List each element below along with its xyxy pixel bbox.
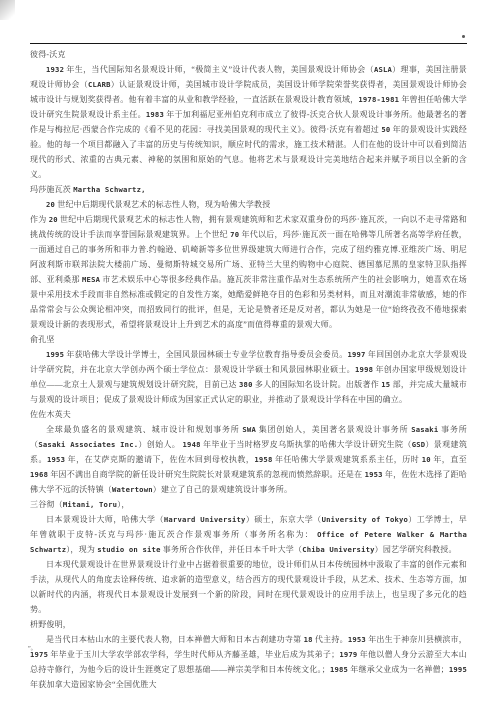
text-run: ）创始人。 [138, 440, 182, 449]
text-run: 年毕业于当时格罗皮乌斯执掌的哈佛大学设计研究生院（ [201, 440, 412, 449]
emphasized-text-run: 1968 [30, 470, 48, 479]
emphasized-text-run: CLARB [88, 80, 111, 89]
text-run: 日本景观设计大师，哈佛大学（ [46, 515, 164, 524]
paragraph: 全球最负盛名的景观建筑、城市设计和规划事务所 SWA 集团创始人，美国著名景观设… [30, 422, 467, 497]
emphasized-text-run: ASLA [374, 65, 392, 74]
text-run: 多人的国际知名设计院。出版著作 [253, 380, 382, 389]
section-heading: 玛莎施瓦茨 Martha Schwartz, [30, 182, 467, 197]
emphasized-text-run: 18 [304, 635, 313, 644]
section-heading: 彼得-沃克 [30, 47, 467, 62]
text-run: 年生，当代国际知名景观设计师，“极简主义”设计代表人物，美国景观设计师协会（ [64, 65, 374, 74]
emphasized-text-run: 1958 [254, 455, 272, 464]
emphasized-text-run: 1985 [330, 665, 348, 674]
text-run: 年继承父业成为一名禅僧； [348, 665, 449, 674]
section-heading: 枡野俊明， [30, 617, 467, 632]
text-run: 年获哈佛大学设计学博士，全国风景园林硕士专业学位教育指导委员会委员。 [64, 350, 347, 359]
text-run: 年出生于神奈川县横滨市， [366, 635, 467, 644]
text-run: 事务所合作伙伴，并任日本千叶大学（ [161, 545, 303, 554]
text-run: 年，在艾萨克斯的邀请下，佐佐木回到母校执教， [65, 455, 254, 464]
emphasized-text-run: 1997 [347, 350, 365, 359]
text-run: 佐佐木英夫 [30, 410, 71, 419]
paragraph: 日本现代景观设计在世界景观设计行业中占据着很重要的地位，设计师们从日本传统园林中… [30, 557, 467, 617]
emphasized-text-run: Watertown [112, 485, 153, 494]
text-run: 三谷彻（ [30, 500, 63, 509]
emphasized-text-run: 70 [230, 230, 239, 239]
emphasized-text-run: 1998 [355, 365, 373, 374]
emphasized-text-run: 1953 [348, 635, 366, 644]
text-run: ），现为 [66, 545, 97, 554]
text-run: 玛莎施瓦茨 [30, 185, 73, 194]
emphasized-text-run: 1995 [46, 350, 64, 359]
text-run: 枡野俊明， [30, 620, 71, 629]
text-run: 全球最负盛名的景观建筑、城市设计和规划事务所 [46, 425, 242, 434]
text-run: 世纪中后期现代景观艺术的标志性人物，现为哈佛大学教授 [55, 200, 270, 209]
emphasized-text-run: 1983 [146, 110, 164, 119]
emphasized-text-run: Chiba University [302, 545, 374, 554]
text-run: ）， [117, 500, 129, 509]
emphasized-text-run: 1978-1981 [358, 95, 399, 104]
text-run: 日本现代景观设计在世界景观设计行业中占据着很重要的地位，设计师们从日本传统园林中… [30, 560, 467, 614]
paragraph: 作为 20 世纪中后期现代景观艺术的标志性人物，拥有景观建筑师和艺术家双重身份的… [30, 212, 467, 332]
text-run: 年毕业于玉川大学农学部农学科，学生时代师从齐藤圣雄，毕业后成为其弟子； [48, 650, 339, 659]
emphasized-text-run: 1953 [365, 470, 383, 479]
text-run: 俞孔坚 [30, 335, 55, 344]
header-rule [30, 43, 467, 44]
section-heading: 三谷彻（Mitani, Toru）， [30, 497, 467, 512]
section-heading: 俞孔坚 [30, 332, 467, 347]
emphasized-text-run: 1979 [339, 650, 357, 659]
emphasized-text-run: 1995 [449, 665, 467, 674]
text-run: 集团创始人，美国著名景观设计事务所 [256, 425, 411, 434]
emphasized-text-run: 20 [49, 215, 58, 224]
emphasized-text-run: 20 [46, 200, 55, 209]
text-run: 作为 [30, 215, 49, 224]
page-mark-dot [462, 35, 465, 38]
trailing-text-fragment: ”。 [28, 645, 37, 653]
paragraph: 日本景观设计大师，哈佛大学（Harvard University）硕士，东京大学… [30, 512, 467, 557]
emphasized-text-run: 1953 [47, 455, 65, 464]
emphasized-text-run: Martha Schwartz, [73, 185, 145, 194]
emphasized-text-run: 10 [422, 455, 431, 464]
text-run: 年，直至 [431, 455, 467, 464]
section-heading: 佐佐木英夫 [30, 407, 467, 422]
text-run: 彼得-沃克 [30, 50, 66, 59]
paragraph: 20 世纪中后期现代景观艺术的标志性人物，现为哈佛大学教授 [30, 197, 467, 212]
text-run: 年因不满出自商学院的新任设计研究生院院长对景观建筑系的忽视而愤然辞职。还是在 [48, 470, 364, 479]
text-run: ）硕士，东京大学（ [246, 515, 322, 524]
document-content: 彼得-沃克1932 年生，当代国际知名景观设计师，“极简主义”设计代表人物，美国… [30, 47, 467, 692]
text-run: ）建立了自己的景观建筑设计事务所。 [153, 485, 292, 494]
emphasized-text-run: 1932 [46, 65, 64, 74]
emphasized-text-run: MESA [82, 275, 100, 284]
emphasized-text-run: 1948 [183, 440, 201, 449]
emphasized-text-run: SWA [242, 425, 256, 434]
emphasized-text-run: Sasaki Associates Inc. [38, 440, 138, 449]
paragraph: 是当代日本枯山水的主要代表人物，日本禅僧大师和日本古刹建功寺第 18 代主持。1… [30, 632, 467, 692]
emphasized-text-run: Harvard University [164, 515, 246, 524]
emphasized-text-run: Mitani, Toru [63, 500, 117, 509]
emphasized-text-run: 15 [381, 380, 390, 389]
emphasized-text-run: University of Tokyo [322, 515, 408, 524]
text-run: ）园艺学研究科教授。 [375, 545, 457, 554]
text-run: 是当代日本枯山水的主要代表人物，日本禅僧大师和日本古刹建功寺第 [46, 635, 304, 644]
paragraph: 1932 年生，当代国际知名景观设计师，“极简主义”设计代表人物，美国景观设计师… [30, 62, 467, 182]
emphasized-text-run: 380 [239, 380, 253, 389]
text-run: 年任哈佛大学景观建筑系系主任，历时 [272, 455, 421, 464]
scan-smudge-artifact [0, 0, 15, 20]
emphasized-text-run: studio on site [97, 545, 160, 554]
text-run: 年获加拿大造园家协会“全国优胜大 [30, 680, 157, 689]
emphasized-text-run: GSD [412, 440, 426, 449]
emphasized-text-run: Sasaki [411, 425, 438, 434]
paragraph: 1995 年获哈佛大学设计学博士，全国风景园林硕士专业学位教育指导委员会委员。1… [30, 347, 467, 407]
text-run: 代主持。 [313, 635, 348, 644]
document-page: 彼得-沃克1932 年生，当代国际知名景观设计师，“极简主义”设计代表人物，美国… [0, 0, 496, 702]
